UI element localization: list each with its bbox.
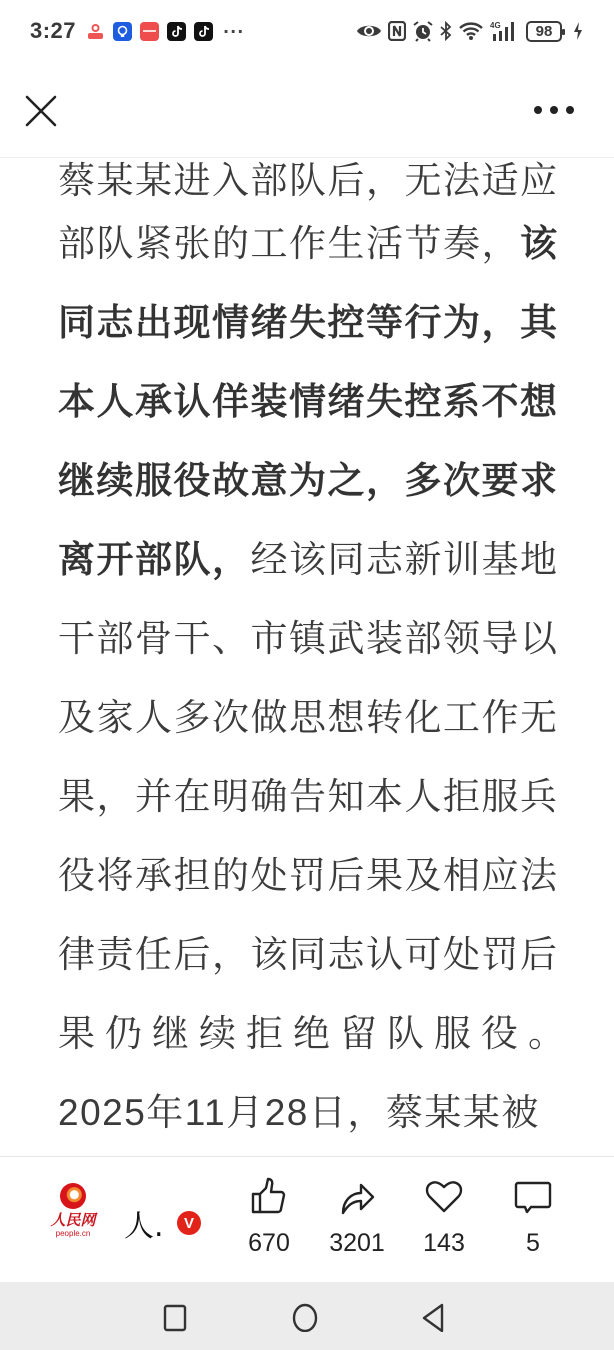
source-name[interactable]: 人. [124, 1201, 164, 1245]
heart-icon [424, 1177, 464, 1217]
triangle-back-icon [420, 1302, 450, 1332]
tiktok-icon [167, 22, 186, 41]
system-status-icons: 4G 98 [356, 20, 584, 42]
alarm-icon [412, 20, 434, 42]
wifi-icon [458, 21, 484, 41]
verified-badge-icon: V [177, 1211, 201, 1235]
nfc-icon [388, 21, 406, 41]
recent-apps-button[interactable] [161, 1302, 191, 1332]
article-line: 役将承担的处罚后果及相应法 [58, 836, 558, 915]
clock: 3:27 [30, 18, 76, 44]
article-action-bar: 人民网 people.cn 人. V 670 3201 143 5 [0, 1156, 614, 1282]
svg-text:4G: 4G [490, 21, 501, 30]
text-segment: 干部骨干、市镇武装部领导以 [58, 617, 558, 660]
article-body: 蔡某某进入部队后，无法适应 部队紧张的工作生活节奏，该 同志出现情绪失控等行为，… [58, 158, 558, 1156]
article-line: 果，并在明确告知本人拒服兵 [58, 757, 558, 836]
article-line: 2025年11月28日，蔡某某被 [58, 1073, 558, 1152]
comment-button[interactable]: 5 [488, 1177, 578, 1258]
text-segment: 部队紧张的工作生活节奏， [58, 222, 520, 265]
like-button[interactable]: 670 [224, 1177, 314, 1258]
article-line: 本人承认佯装情绪失控系不想 [58, 362, 558, 441]
article-line: 同志出现情绪失控等行为，其 [58, 283, 558, 362]
bulb-app-icon [113, 22, 132, 41]
bluetooth-icon [440, 21, 452, 41]
square-icon [161, 1302, 191, 1332]
more-icon-dot [550, 106, 558, 114]
more-icon-dot [534, 106, 542, 114]
text-segment: 果，并在明确告知本人拒服兵 [58, 775, 558, 818]
article-line: 干部骨干、市镇武装部领导以 [58, 599, 558, 678]
people-daily-globe-icon [60, 1183, 86, 1209]
share-button[interactable]: 3201 [312, 1177, 402, 1258]
charging-icon [572, 21, 584, 41]
source-logo[interactable]: 人民网 people.cn [46, 1183, 100, 1249]
thumbs-up-icon [249, 1177, 289, 1217]
article-line: 继续服役故意为之，多次要求 [58, 441, 558, 520]
logo-url: people.cn [46, 1229, 100, 1238]
more-notifications-icon: ··· [223, 22, 244, 41]
comment-count: 5 [526, 1229, 540, 1258]
text-segment: 蔡某某进入部队后，无法适应 [58, 159, 558, 202]
text-segment: 2025年11月28日，蔡某某被 [58, 1092, 540, 1133]
article-line: 果仍继续拒绝留队服役。 [58, 994, 558, 1073]
favorite-count: 143 [423, 1229, 465, 1258]
article-line: 蔡某某进入部队后，无法适应 [58, 158, 558, 204]
text-segment: 役将承担的处罚后果及相应法 [58, 854, 558, 897]
article-line: 部队紧张的工作生活节奏，该 [58, 204, 558, 283]
bold-text-segment: 同志出现情绪失控等行为，其 [58, 301, 558, 344]
signal-4g-icon: 4G [490, 20, 520, 42]
logo-text: 人民网 [46, 1209, 100, 1230]
text-segment: 及家人多次做思想转化工作无 [58, 696, 558, 739]
bold-text-segment: 离开部队， [58, 538, 251, 581]
text-segment: 律责任后，该同志认可处罚后 [58, 933, 558, 976]
home-button[interactable] [290, 1302, 320, 1332]
like-count: 670 [248, 1229, 290, 1258]
circle-icon [290, 1302, 320, 1332]
more-icon-dot [566, 106, 574, 114]
close-button[interactable] [22, 92, 60, 130]
comment-icon [513, 1177, 553, 1217]
bold-text-segment: 继续服役故意为之，多次要求 [58, 459, 558, 502]
article-line: 律责任后，该同志认可处罚后 [58, 915, 558, 994]
close-icon [22, 92, 60, 130]
bold-text-segment: 本人承认佯装情绪失控系不想 [58, 380, 558, 423]
more-options-button[interactable] [534, 100, 574, 120]
article-top-bar [0, 62, 614, 158]
share-count: 3201 [329, 1229, 385, 1258]
tiktok-icon [194, 22, 213, 41]
article-line: 离开部队，经该同志新训基地 [58, 520, 558, 599]
status-bar: 3:27 ··· 4G 98 [0, 0, 614, 62]
red-app-icon [140, 22, 159, 41]
favorite-button[interactable]: 143 [399, 1177, 489, 1258]
eye-icon [356, 22, 382, 40]
notification-icons: ··· [86, 22, 244, 41]
system-navigation-bar [0, 1282, 614, 1350]
text-segment: 果仍继续拒绝留队服役。 [58, 1012, 558, 1055]
battery-indicator: 98 [526, 21, 562, 42]
bold-text-segment: 该 [520, 222, 558, 265]
text-segment: 经该同志新训基地 [251, 538, 559, 581]
back-button[interactable] [420, 1302, 450, 1332]
article-line: 及家人多次做思想转化工作无 [58, 678, 558, 757]
share-icon [337, 1177, 377, 1217]
news-app-icon [86, 22, 105, 41]
